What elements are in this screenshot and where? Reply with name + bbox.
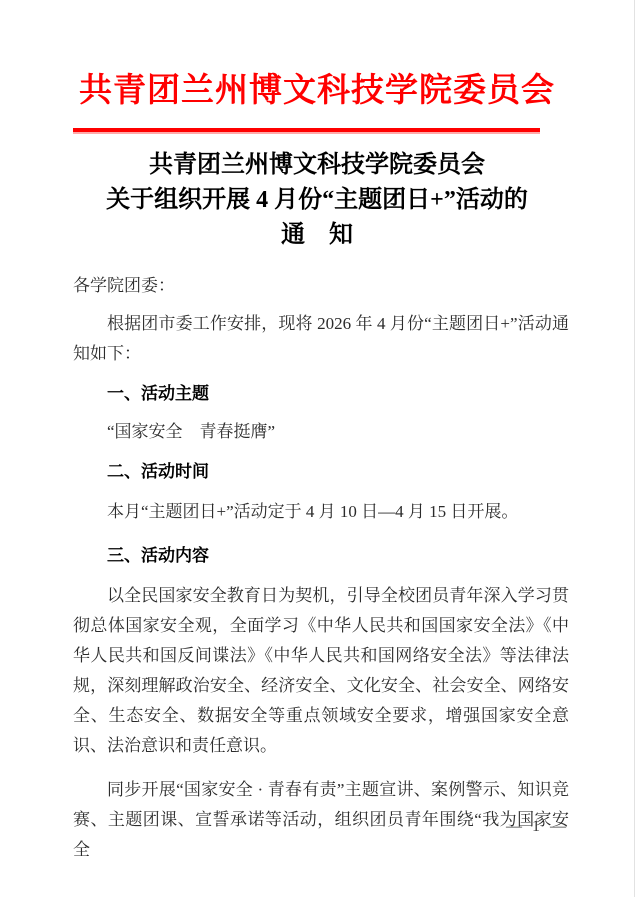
section-heading-2: 二、活动时间 [73,461,569,483]
letterhead-divider [73,128,540,134]
notice-title-line2: 关于组织开展 4 月份“主题团日+”活动的 [0,183,634,218]
time-paragraph: 本月“主题团日+”活动定于 4 月 10 日—4 月 15 日开展。 [73,497,569,527]
letterhead-title: 共青团兰州博文科技学院委员会 [0,0,634,112]
intro-paragraph: 根据团市委工作安排，现将 2026 年 4 月份“主题团日+”活动通知如下： [73,309,569,369]
notice-title-line1: 共青团兰州博文科技学院委员会 [0,148,634,183]
salutation: 各学院团委： [73,271,569,301]
notice-title-line3: 通 知 [0,218,634,253]
theme-quote: “国家安全 青春挺膺” [73,417,569,447]
content-paragraph-1: 以全民国家安全教育日为契机，引导全校团员青年深入学习贯彻总体国家安全观，全面学习… [73,581,569,761]
document-body: 各学院团委： 根据团市委工作安排，现将 2026 年 4 月份“主题团日+”活动… [73,271,569,865]
section-heading-3: 三、活动内容 [73,545,569,567]
section-heading-1: 一、活动主题 [73,383,569,405]
notice-title: 共青团兰州博文科技学院委员会 关于组织开展 4 月份“主题团日+”活动的 通 知 [0,148,634,253]
content-paragraph-2: 同步开展“国家安全 · 青春有责”主题宣讲、案例警示、知识竞赛、主题团课、宣誓承… [73,775,569,865]
page-number: — 1 — [506,818,569,836]
document-page: 共青团兰州博文科技学院委员会 共青团兰州博文科技学院委员会 关于组织开展 4 月… [0,0,635,897]
